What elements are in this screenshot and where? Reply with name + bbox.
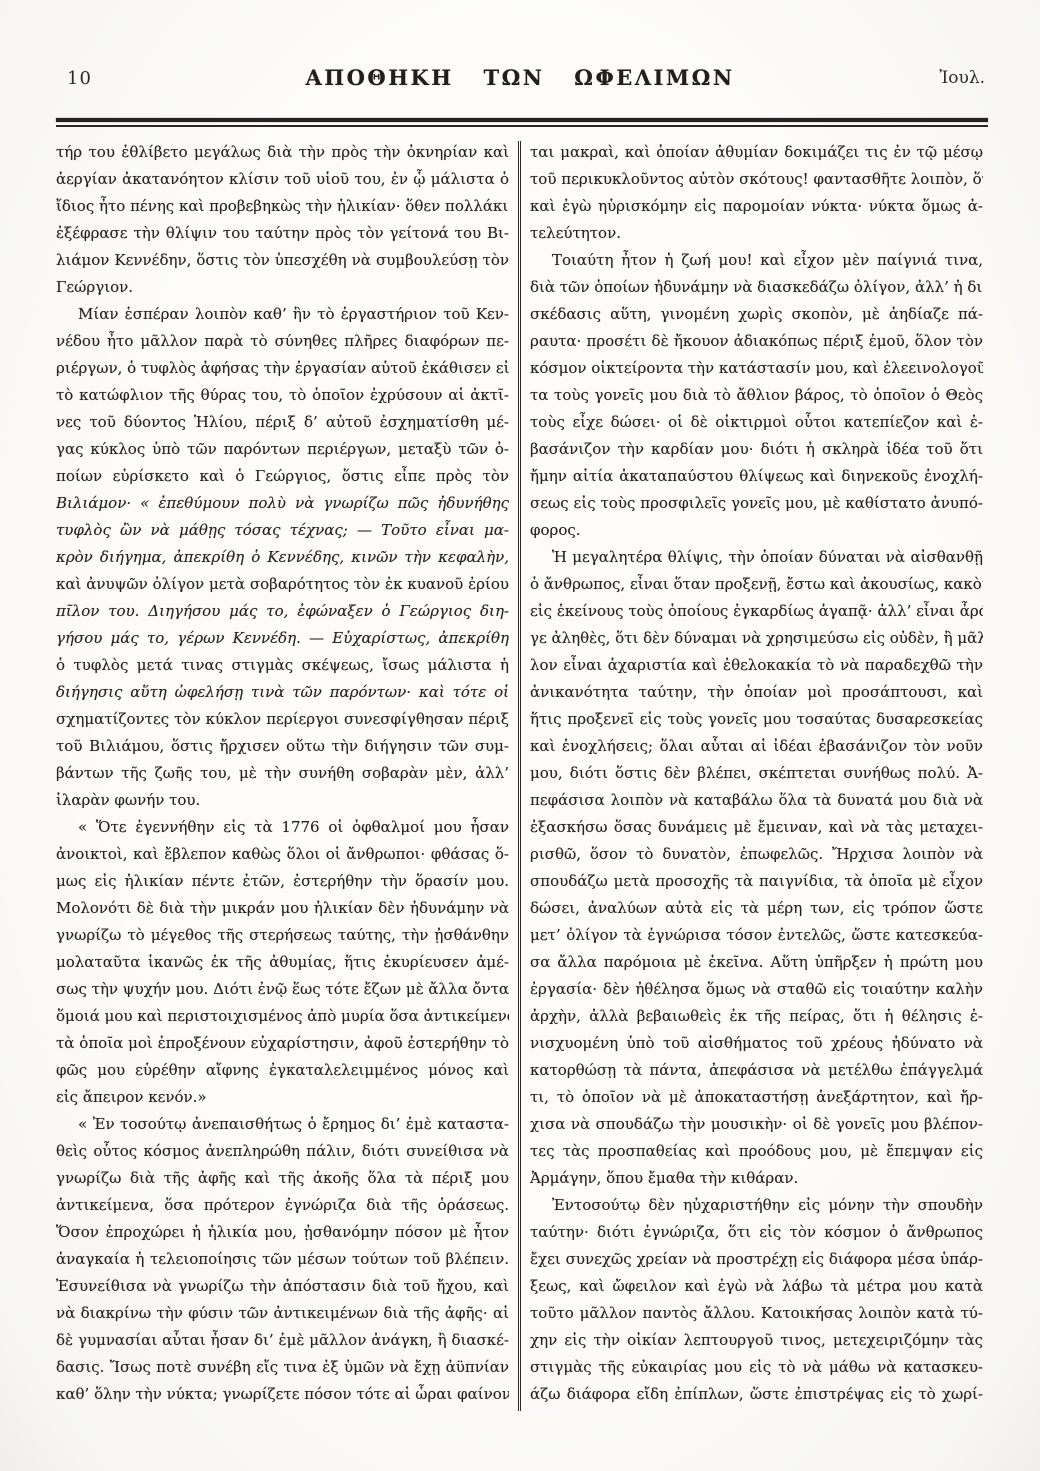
text-line: νες τοῦ δύοντος Ἡλίου, πέριξ δ’ αὐτοῦ ἐσ… <box>56 409 509 436</box>
text-line: σεως εἰς τοὺς προσφιλεῖς γονεῖς μου, μὲ … <box>530 490 983 517</box>
text-line: εἰς ἐκείνους τοὺς ὁποίους ἐγκαρδίως ἀγαπ… <box>530 598 983 625</box>
text-line: καὶ ἐγὼ ηὑρισκόμην εἰς παρομοίαν νύκτα· … <box>530 193 983 220</box>
text-line: ρισθῶ, ὅσον τὸ δυνατὸν, ἐπωφελῶς. Ἤρχισα… <box>530 841 983 868</box>
text-line: ἀναγκαία ἡ τελειοποίησις τῶν μέσων τούτω… <box>56 1246 509 1273</box>
text-line: μετ’ ὀλίγον τὰ ἐγνώρισα τόσον ἐντελῶς, ὥ… <box>530 922 983 949</box>
text-line: τήρ του ἐθλίβετο μεγάλως διὰ τὴν πρὸς τὴ… <box>56 139 509 166</box>
text-line: τελεύτητον. <box>530 220 983 247</box>
text-line: τυφλὸς ὢν νὰ μάθῃς τόσας τέχνας; — Τοῦτο… <box>56 517 509 544</box>
text-line: Μολονότι δὲ διὰ τὴν μικράν μου ἡλικίαν δ… <box>56 895 509 922</box>
text-line: φῶς μου εὑρέθην αἴφνης ἐγκαταλελειμμένος… <box>56 1057 509 1084</box>
journal-title: ΑΠΟΘΗΚΗ ΤΩΝ ΩΦΕΛΙΜΩΝ <box>0 65 1040 90</box>
text-line: γνωρίζω τὸ μέγεθος τῆς στερήσεως ταύτης,… <box>56 922 509 949</box>
text-line: ται μακραὶ, καὶ ὁποίαν ἀθυμίαν δοκιμάζει… <box>530 139 983 166</box>
text-line: σα ἄλλα παρόμοια μὲ ἐκεῖνα. Αὕτη ὑπῆρξεν… <box>530 949 983 976</box>
text-line: ἤμην αἰτία ἀκαταπαύστου θλίψεως καὶ διην… <box>530 463 983 490</box>
text-line: νισχυομένη ὑπὸ τοῦ αἰσθήματος τοῦ χρέους… <box>530 1030 983 1057</box>
text-line: χισα νὰ σπουδάζω τὴν μουσικὴν· οἱ δὲ γον… <box>530 1111 983 1138</box>
text-line: τες τὰς προσπαθείας καὶ προόδους μου, μὲ… <box>530 1138 983 1165</box>
text-line: λον εἶναι ἀχαριστία καὶ ἐθελοκακία τὸ νὰ… <box>530 652 983 679</box>
issue-month: Ἰουλ. <box>939 68 985 88</box>
text-line: Ἐσυνείθισα νὰ γνωρίζω τὴν ἀπόστασιν διὰ … <box>56 1273 509 1300</box>
text-line: ἀρχὴν, ἀλλὰ βεβαιωθεὶς ἐκ τῆς πείρας, ὅτ… <box>530 1003 983 1030</box>
text-line: σχηματίζοντες τὸν κύκλον περίεργοι συνεσ… <box>56 706 509 733</box>
text-line: τα τοὺς γονεῖς μου διὰ τὸ ἄθλιον βάρος, … <box>530 382 983 409</box>
text-line: « Ὅτε ἐγεννήθην εἰς τὰ 1776 οἱ ὀφθαλμοί … <box>56 814 509 841</box>
text-line: τοῦ Βιλιάμου, ὅστις ἤρχισεν οὕτω τὴν διή… <box>56 733 509 760</box>
text-line: ὁ ἄνθρωπος, εἶναι ὅταν προξενῇ, ἔστω καὶ… <box>530 571 983 598</box>
text-line: θεὶς οὗτος κόσμος ἀνεπληρώθη πάλιν, διότ… <box>56 1138 509 1165</box>
text-line: Ἐντοσούτῳ δὲν ηὐχαριστήθην εἰς μόνην τὴν… <box>530 1192 983 1219</box>
text-line: άζω διάφορα εἴδη ἐπίπλων, ὥστε ἐπιστρέψα… <box>530 1381 983 1408</box>
text-line: τὸ κατώφλιον τῆς θύρας του, τὸ ὁποῖον ἐχ… <box>56 382 509 409</box>
column-divider-rule <box>518 141 521 1411</box>
text-line: σως τὴν ψυχήν μου. Διότι ἐνῷ ἕως τότε ἔζ… <box>56 976 509 1003</box>
text-line: ἐξασκήσω ὅσας δυνάμεις μὲ ἔμειναν, καὶ ν… <box>530 814 983 841</box>
text-line: Γεώργιον. <box>56 274 509 301</box>
text-line: ὅμοιά μου καὶ περιστοιχισμένος ἀπὸ μυρία… <box>56 1003 509 1030</box>
text-line: καθ’ ὅλην τὴν νύκτα; γνωρίζετε πόσον τότ… <box>56 1381 509 1408</box>
text-line: ἱλαρὰν φωνήν του. <box>56 787 509 814</box>
page-header: 10 ΑΠΟΘΗΚΗ ΤΩΝ ΩΦΕΛΙΜΩΝ Ἰουλ. <box>0 62 1040 102</box>
text-line: γε ἀληθὲς, ὅτι δὲν δύναμαι νὰ χρησιμεύσω… <box>530 625 983 652</box>
text-line: ὁ τυφλὸς μετά τινας στιγμὰς σκέψεως, ἴσω… <box>56 652 509 679</box>
text-line: ἐξέφρασε τὴν θλίψιν του ταύτην πρὸς τὸν … <box>56 220 509 247</box>
text-line: ριέργων, ὁ τυφλὸς ἀφήσας τὴν ἐργασίαν αὑ… <box>56 355 509 382</box>
text-line: βάντων τῆς ζωῆς του, μὲ τὴν συνήθη σοβαρ… <box>56 760 509 787</box>
text-line: κόσμον οἰκτείροντα τὴν κατάστασίν μου, κ… <box>530 355 983 382</box>
text-line: σκέδασις αὕτη, γινομένη χωρὶς σκοπὸν, μὲ… <box>530 301 983 328</box>
text-line: γας κύκλος ὑπὸ τῶν παρόντων περιέργων, μ… <box>56 436 509 463</box>
text-line: ποίων εὑρίσκετο καὶ ὁ Γεώργιος, ὅστις εἶ… <box>56 463 509 490</box>
text-line: μολαταῦτα ἱκανῶς ἐκ τῆς ἀθυμίας, ἥτις ἐκ… <box>56 949 509 976</box>
rule-thin-line <box>56 125 988 127</box>
text-line: κατορθώσῃ τὰ πάντα, ἀπεφάσισα νὰ μετέλθω… <box>530 1057 983 1084</box>
text-line: βασάνιζον τὴν καρδίαν μου· διότι ἡ σκληρ… <box>530 436 983 463</box>
text-line: μου, διότι ὅστις δὲν βλέπει, σκέπτεται σ… <box>530 760 983 787</box>
text-line: καὶ ἐνοχλήσεις; ὅλαι αὗται αἱ ἰδέαι ἐβασ… <box>530 733 983 760</box>
text-line: πεφάσισα λοιπὸν νὰ καταβάλω ὅλα τὰ δυνατ… <box>530 787 983 814</box>
text-line: εἰς ἄπειρον κενόν.» <box>56 1084 509 1111</box>
header-double-rule <box>56 118 988 127</box>
text-line: ἀντικείμενα, ὅσα πρότερον ἐγνώριζα διὰ τ… <box>56 1192 509 1219</box>
text-line: τοῦ περικυκλοῦντος αὐτὸν σκότους! φαντασ… <box>530 166 983 193</box>
text-line: νέδου ἦτο μᾶλλον παρὰ τὸ σύνηθες πλῆρες … <box>56 328 509 355</box>
text-line: Μίαν ἑσπέραν λοιπὸν καθ’ ἣν τὸ ἐργαστήρι… <box>56 301 509 328</box>
text-line: γήσου μάς το, γέρων Κεννέδη. — Εὐχαρίστω… <box>56 625 509 652</box>
text-line: φορος. <box>530 517 983 544</box>
text-body: τήρ του ἐθλίβετο μεγάλως διὰ τὴν πρὸς τὴ… <box>56 139 986 1411</box>
text-line: ἀνικανότητα ταύτην, τὴν ὁποίαν μοὶ προσά… <box>530 679 983 706</box>
text-line: διὰ τῶν ὁποίων ἠδυνάμην νὰ διασκεδάζω ὀλ… <box>530 274 983 301</box>
text-line: νὰ διακρίνω τὴν φύσιν τῶν ἀντικειμένων δ… <box>56 1300 509 1327</box>
text-line: δασις. Ἴσως ποτὲ συνέβη εἴς τινα ἐξ ὑμῶν… <box>56 1354 509 1381</box>
rule-thick-line <box>56 118 988 122</box>
right-text-column: ται μακραὶ, καὶ ὁποίαν ἀθυμίαν δοκιμάζει… <box>530 139 983 1408</box>
left-text-column: τήρ του ἐθλίβετο μεγάλως διὰ τὴν πρὸς τὴ… <box>56 139 509 1408</box>
text-line: ραυτα· προσέτι δὲ ἤκουον ἀδιακόπως πέριξ… <box>530 328 983 355</box>
text-line: δὲ γυμνασίαι αὗται ἦσαν δι’ ἐμὲ μᾶλλον ἀ… <box>56 1327 509 1354</box>
text-line: Βιλιάμον· « ἐπεθύμουν πολὺ νὰ γνωρίζω πῶ… <box>56 490 509 517</box>
text-line: λιάμον Κεννέδην, ὅστις τὸν ὑπεσχέθη νὰ σ… <box>56 247 509 274</box>
text-line: στιγμὰς τῆς εὐκαιρίας μου εἰς τὸ νὰ μάθω… <box>530 1354 983 1381</box>
scanned-page: 10 ΑΠΟΘΗΚΗ ΤΩΝ ΩΦΕΛΙΜΩΝ Ἰουλ. τήρ του ἐθ… <box>0 0 1040 1471</box>
text-line: ἀεργίαν ἀκατανόητον κλίσιν τοῦ υἱοῦ του,… <box>56 166 509 193</box>
text-line: τὰ ὁποῖα μοὶ ἐπροξένουν εὐχαρίστησιν, ἀφ… <box>56 1030 509 1057</box>
text-line: ἀνοικτοὶ, καὶ ἔβλεπον καθὼς ὅλοι οἱ ἄνθρ… <box>56 841 509 868</box>
text-line: ἥτις προξενεῖ εἰς τοὺς γονεῖς μου τοσαύτ… <box>530 706 983 733</box>
text-line: ταύτην· διότι ἐγνώριζα, ὅτι εἰς τὸν κόσμ… <box>530 1219 983 1246</box>
text-line: σπουδάζω μετὰ προσοχῆς τὰ παιγνίδια, τὰ … <box>530 868 983 895</box>
text-line: ἴδιος ἦτο πένης καὶ προβεβηκὼς τὴν ἡλικί… <box>56 193 509 220</box>
text-line: μως εἰς ἡλικίαν πέντε ἐτῶν, ἐστερήθην τὴ… <box>56 868 509 895</box>
text-line: Ἡ μεγαλητέρα θλίψις, τὴν ὁποίαν δύναται … <box>530 544 983 571</box>
text-line: τοὺς εἶχε δώσει· οἱ δὲ οἰκτιρμοὶ οὗτοι κ… <box>530 409 983 436</box>
text-line: « Ἐν τοσούτῳ ἀνεπαισθήτως ὁ ἔρημος δι’ ἐ… <box>56 1111 509 1138</box>
text-line: Ἀρμάγην, ὅπου ἔμαθα τὴν κιθάραν. <box>530 1165 983 1192</box>
text-line: Ὅσον ἐπροχώρει ἡ ἡλικία μου, ᾐσθανόμην π… <box>56 1219 509 1246</box>
text-line: ἐργασία· δὲν ἠθέλησα ὅμως νὰ σταθῶ εἰς τ… <box>530 976 983 1003</box>
text-line: χην εἰς τὴν οἰκίαν λεπτουργοῦ τινος, μετ… <box>530 1327 983 1354</box>
text-line: κρὸν διήγημα, ἀπεκρίθη ὁ Κεννέδης, κινῶν… <box>56 544 509 571</box>
text-line: τοῦτο μᾶλλον παντὸς ἄλλου. Κατοικήσας λο… <box>530 1300 983 1327</box>
text-line: καὶ ἀνυψῶν ὀλίγον μετὰ σοβαρότητος τὸν ἐ… <box>56 571 509 598</box>
text-line: διήγησις αὕτη ὠφελήσῃ τινὰ τῶν παρόντων·… <box>56 679 509 706</box>
text-line: δώσει, ἀναλύων αὐτὰ εἰς τὰ μέρη των, εἰς… <box>530 895 983 922</box>
text-line: τι, τὸ ὁποῖον νὰ μὲ ἀποκαταστήσῃ ἀνεξάρτ… <box>530 1084 983 1111</box>
text-line: Τοιαύτη ἦτον ἡ ζωή μου! καὶ εἶχον μὲν πα… <box>530 247 983 274</box>
text-line: γνωρίζω διὰ τῆς ἀφῆς καὶ τῆς ἀκοῆς ὅλα τ… <box>56 1165 509 1192</box>
text-line: πῖλον του. Διηγήσου μάς το, ἐφώναξεν ὁ Γ… <box>56 598 509 625</box>
text-line: ξεως, καὶ ὤφειλον καὶ ἐγὼ νὰ λάβω τὰ μέτ… <box>530 1273 983 1300</box>
text-line: ἔχει συνεχῶς χρείαν νὰ προστρέχῃ εἰς διά… <box>530 1246 983 1273</box>
